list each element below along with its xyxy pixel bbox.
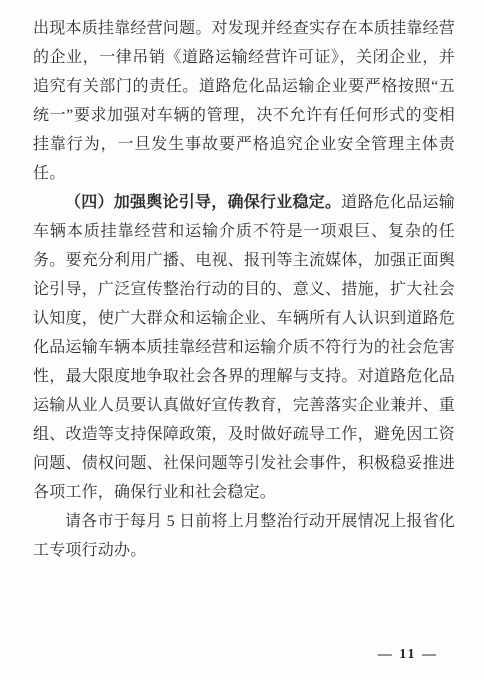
- paragraph-text: 出现本质挂靠经营问题。对发现并经查实存在本质挂靠经营的企业，一律吊销《道路运输经…: [33, 20, 455, 182]
- paragraph-text: 请各市于每月 5 日前将上月整治行动开展情况上报省化工专项行动办。: [33, 513, 455, 559]
- page-number: — 11 —: [378, 647, 438, 663]
- document-body: 出现本质挂靠经营问题。对发现并经查实存在本质挂靠经营的企业，一律吊销《道路运输经…: [33, 14, 455, 565]
- document-page: 出现本质挂靠经营问题。对发现并经查实存在本质挂靠经营的企业，一律吊销《道路运输经…: [0, 0, 484, 680]
- section-heading: （四）加强舆论引导，确保行业稳定。: [65, 194, 341, 211]
- paragraph: （四）加强舆论引导，确保行业稳定。道路危化品运输车辆本质挂靠经营和运输介质不符是…: [33, 188, 455, 507]
- paragraph-text: 道路危化品运输车辆本质挂靠经营和运输介质不符是一项艰巨、复杂的任务。要充分利用广…: [33, 194, 455, 501]
- paragraph: 请各市于每月 5 日前将上月整治行动开展情况上报省化工专项行动办。: [33, 507, 455, 565]
- paragraph: 出现本质挂靠经营问题。对发现并经查实存在本质挂靠经营的企业，一律吊销《道路运输经…: [33, 14, 455, 188]
